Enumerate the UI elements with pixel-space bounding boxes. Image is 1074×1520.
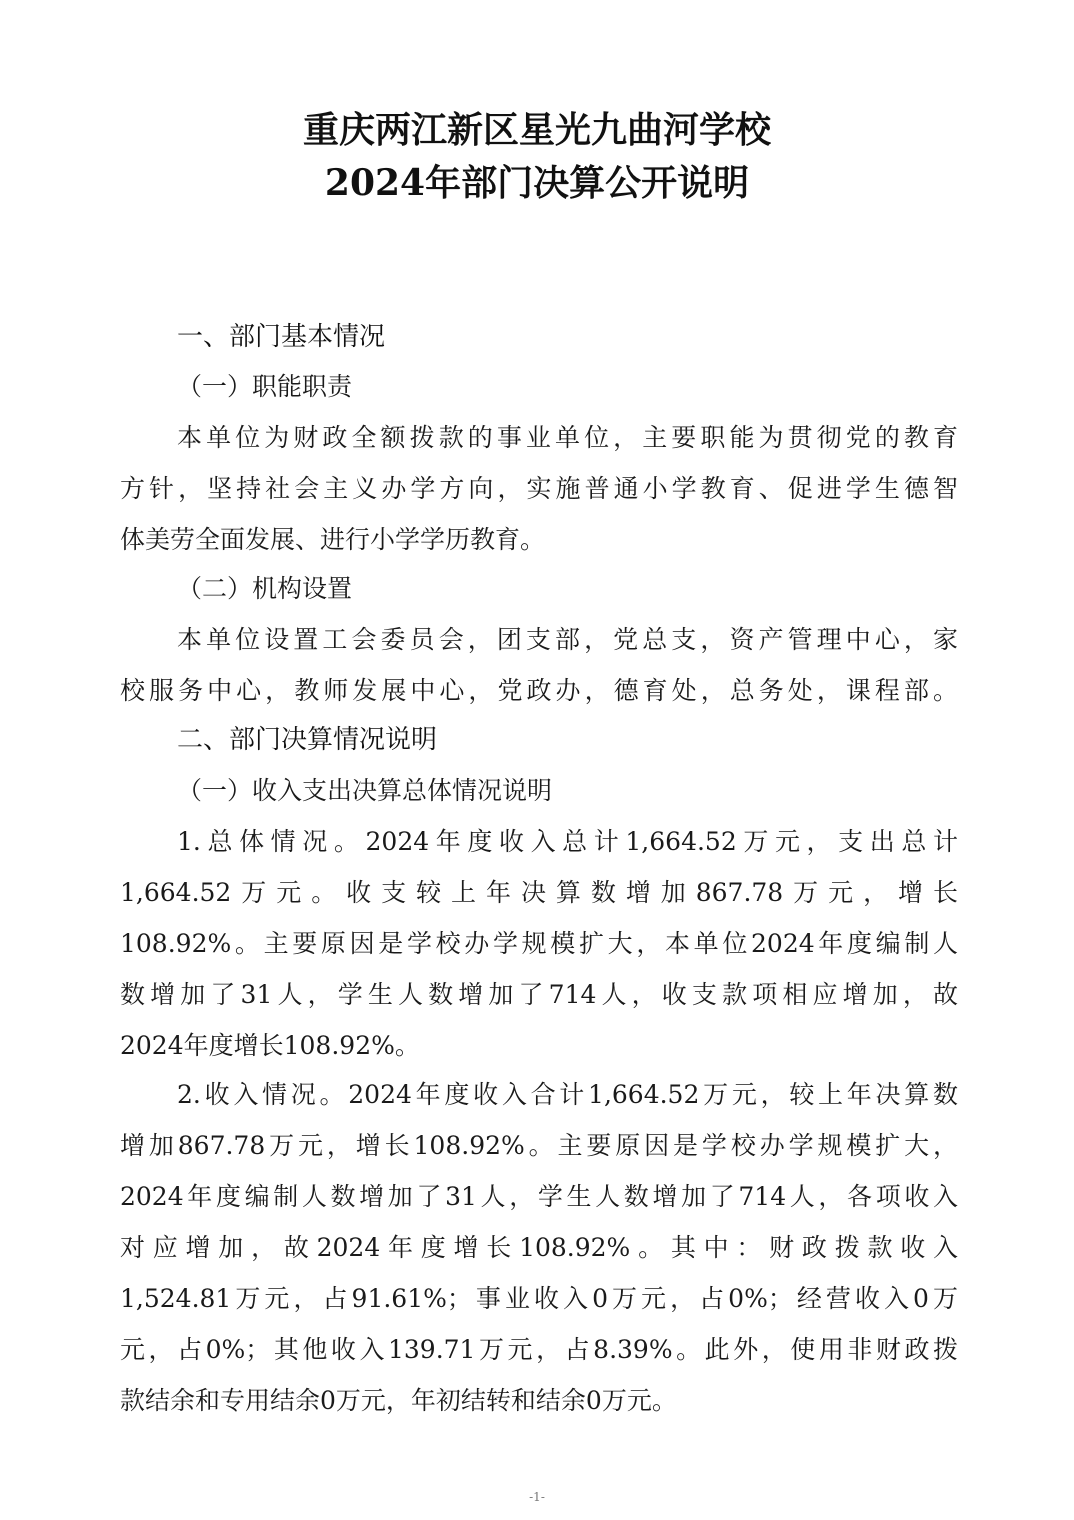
paragraph-line: 增加867.78万元，增长108.92%。主要原因是学校办学规模扩大， (120, 1131, 958, 1161)
paragraph-line: 1.总体情况。2024年度收入总计1,664.52万元，支出总计 (120, 827, 958, 857)
paragraph-line: 108.92%。主要原因是学校办学规模扩大，本单位2024年度编制人 (120, 929, 958, 959)
paragraph-line: 方针，坚持社会主义办学方向，实施普通小学教育、促进学生德智 (120, 474, 958, 504)
document-title-line-2: 2024年部门决算公开说明 (0, 163, 1074, 203)
document-page: 重庆两江新区星光九曲河学校 2024年部门决算公开说明 一、部门基本情况 （一）… (0, 0, 1074, 1520)
paragraph-line: 2.收入情况。2024年度收入合计1,664.52万元，较上年决算数 (120, 1080, 958, 1110)
paragraph-line: 数增加了31人，学生人数增加了714人，收支款项相应增加，故 (120, 980, 958, 1010)
paragraph-line: 款结余和专用结余0万元，年初结转和结余0万元。 (120, 1386, 677, 1416)
section-heading-basic-info: 一、部门基本情况 (177, 322, 385, 352)
subsection-heading-income-expense-overview: （一）收入支出决算总体情况说明 (177, 776, 552, 806)
paragraph-line: 2024年度增长108.92%。 (120, 1031, 420, 1061)
paragraph-line: 1,524.81万元，占91.61%；事业收入0万元，占0%；经营收入0万 (120, 1284, 958, 1314)
paragraph-line: 校服务中心，教师发展中心，党政办，德育处，总务处，课程部。 (120, 676, 958, 706)
paragraph-line: 2024年度编制人数增加了31人，学生人数增加了714人，各项收入 (120, 1182, 958, 1212)
paragraph-line: 体美劳全面发展、进行小学学历教育。 (120, 525, 545, 555)
document-title-line-1: 重庆两江新区星光九曲河学校 (0, 110, 1074, 150)
paragraph-line: 本单位设置工会委员会，团支部，党总支，资产管理中心，家 (120, 625, 958, 655)
paragraph-line: 对应增加，故2024年度增长108.92%。其中：财政拨款收入 (120, 1233, 958, 1263)
paragraph-line: 1,664.52万元。收支较上年决算数增加867.78万元，增长 (120, 878, 958, 908)
paragraph-line: 本单位为财政全额拨款的事业单位，主要职能为贯彻党的教育 (120, 423, 958, 453)
subsection-heading-organization: （二）机构设置 (177, 574, 352, 604)
page-number: -1- (0, 1490, 1074, 1504)
subsection-heading-functions: （一）职能职责 (177, 372, 352, 402)
section-heading-final-accounts: 二、部门决算情况说明 (177, 725, 437, 755)
paragraph-line: 元，占0%；其他收入139.71万元，占8.39%。此外，使用非财政拨 (120, 1335, 958, 1365)
